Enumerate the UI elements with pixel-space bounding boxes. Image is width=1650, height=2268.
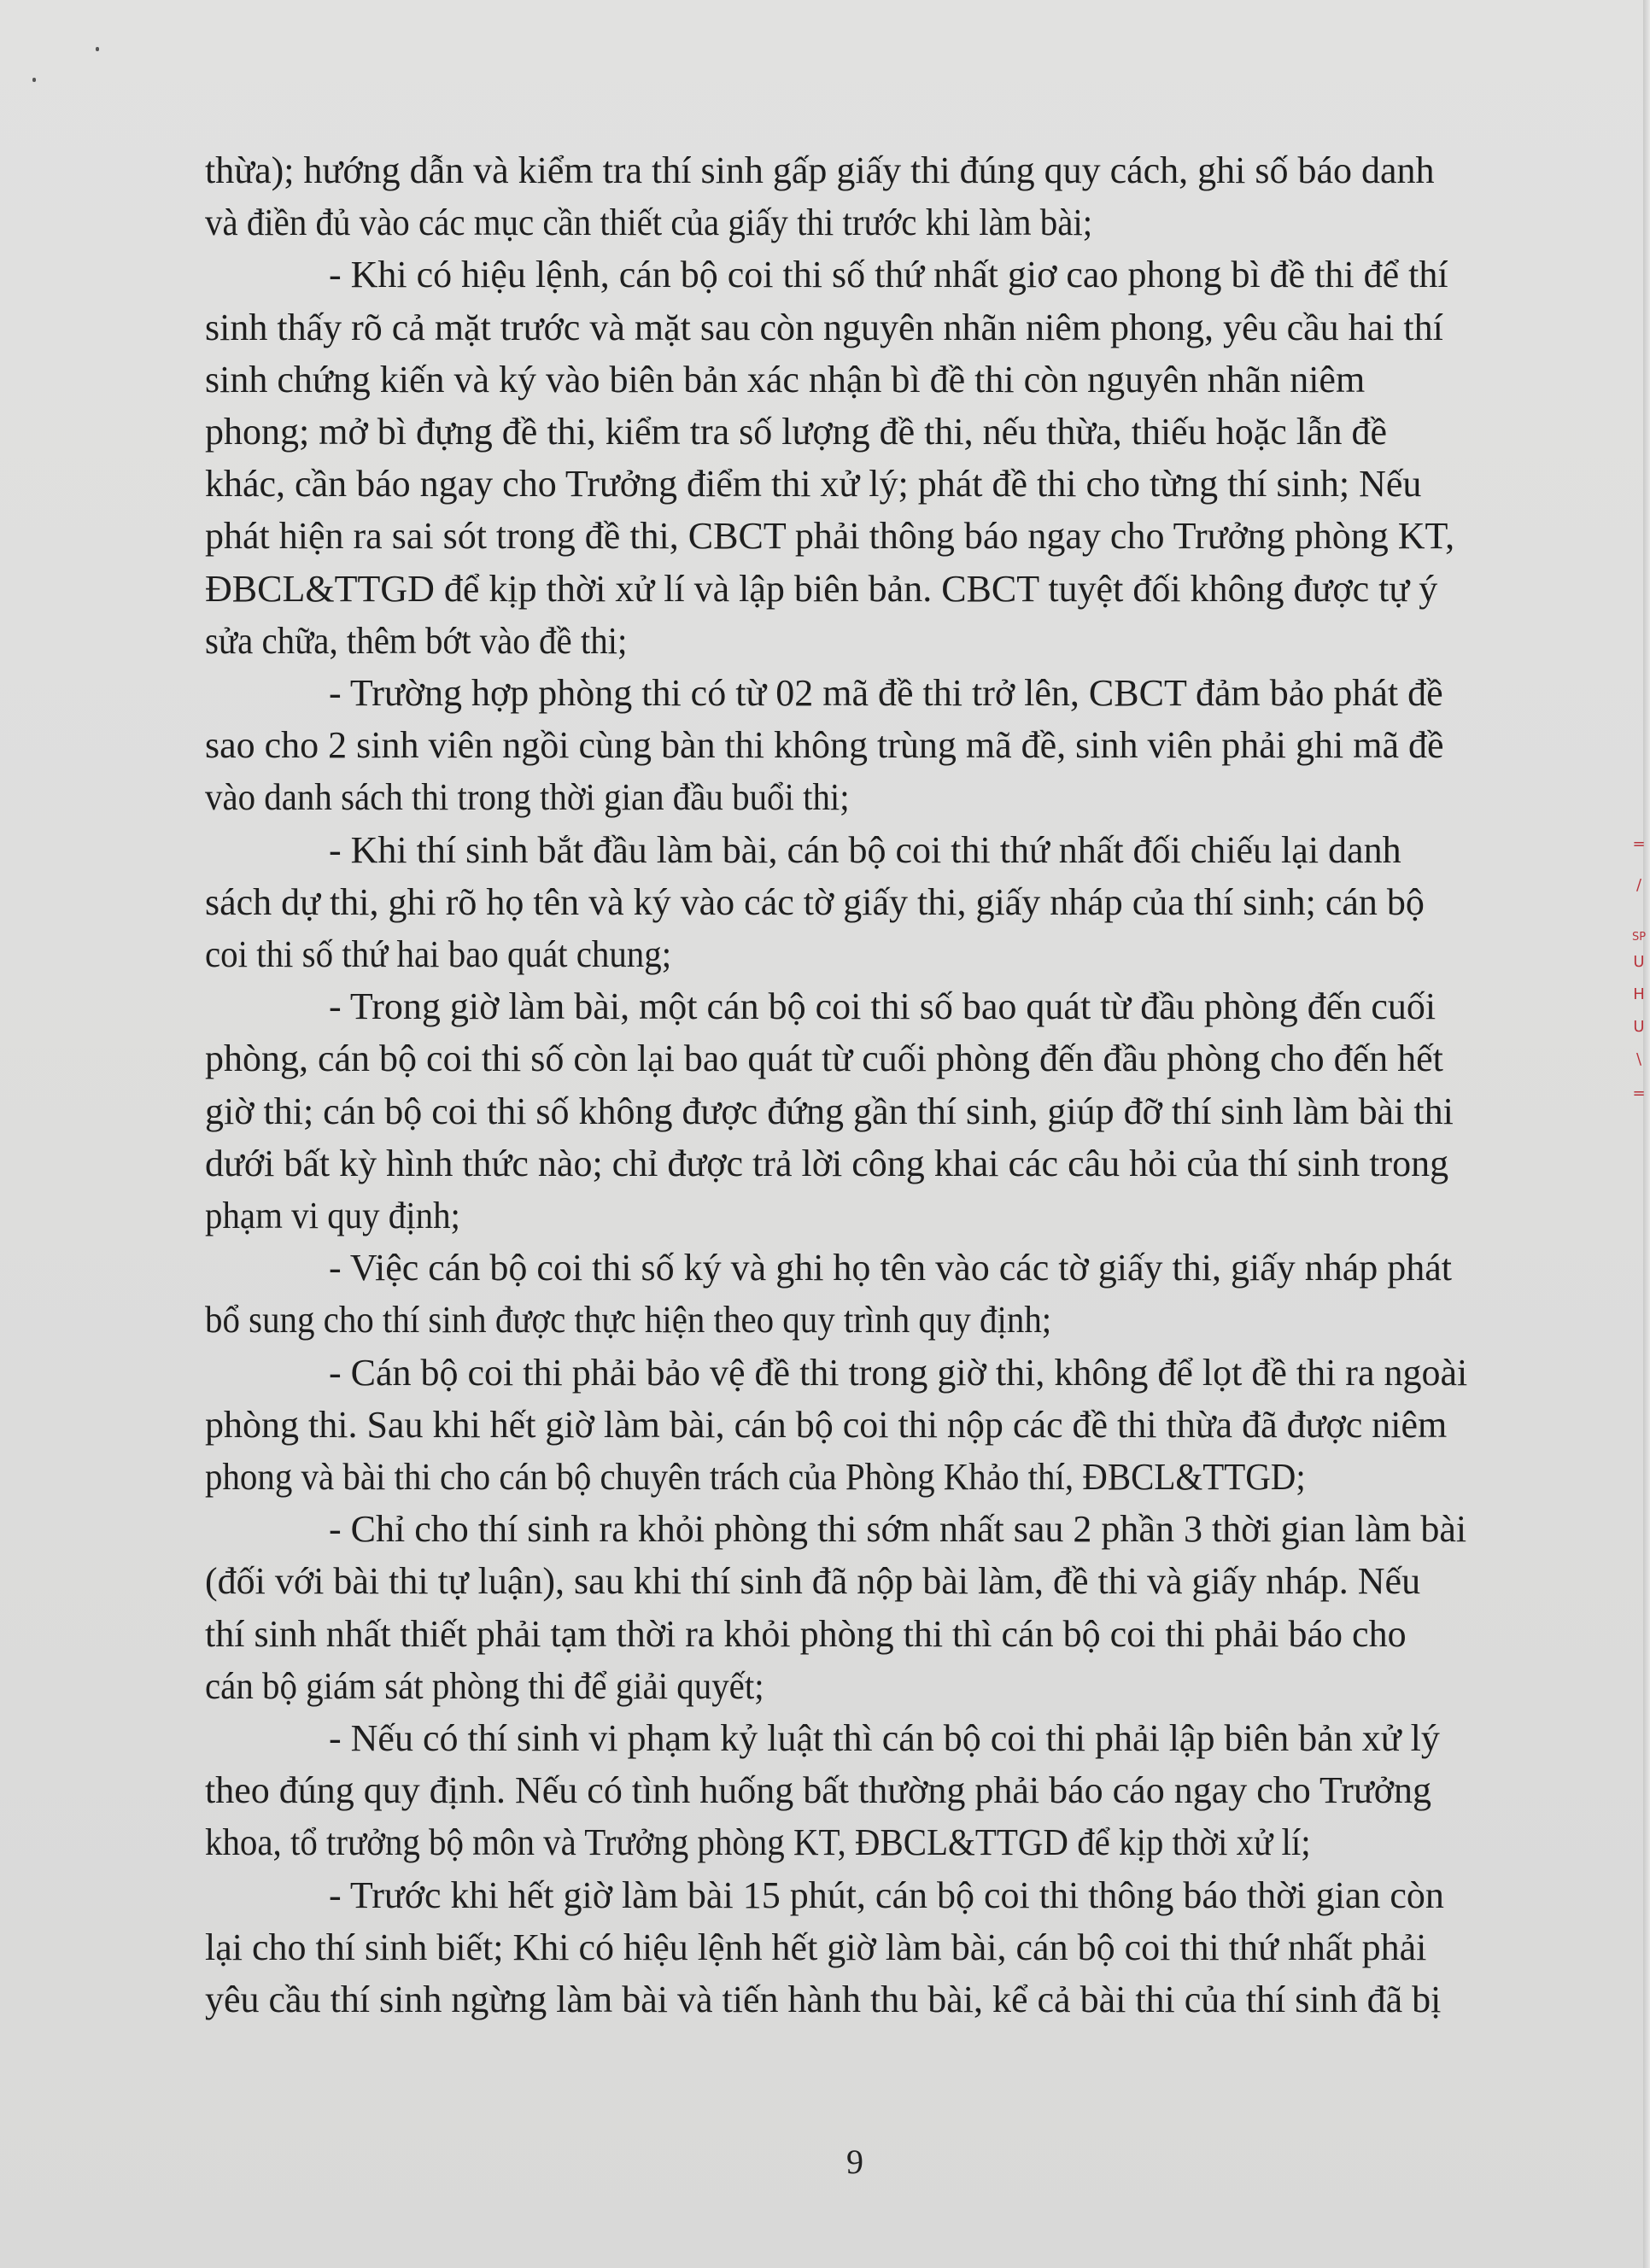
text-line: sinh thấy rõ cả mặt trước và mặt sau còn… [205,302,1516,354]
margin-mark: / [1628,876,1650,894]
text-line: sinh chứng kiến và ký vào biên bản xác n… [205,354,1516,406]
paragraph-first-line: - Trước khi hết giờ làm bài 15 phút, cán… [329,1870,1516,1921]
dust-speck [96,47,99,51]
text-line: phát hiện ra sai sót trong đề thi, CBCT … [205,511,1516,562]
margin-mark: SP [1628,931,1650,944]
paragraph-first-line: - Trong giờ làm bài, một cán bộ coi thi … [329,981,1516,1032]
text-line: sao cho 2 sinh viên ngồi cùng bàn thi kh… [205,720,1516,771]
text-line: coi thi số thứ hai bao quát chung; [205,929,671,980]
text-line: sách dự thi, ghi rõ họ tên và ký vào các… [205,877,1516,928]
text-line: sửa chữa, thêm bớt vào đề thi; [205,616,627,667]
paragraph-first-line: - Nếu có thí sinh vi phạm kỷ luật thì cá… [329,1713,1516,1764]
text-line: và điền đủ vào các mục cần thiết của giấ… [205,197,1092,248]
text-line: phòng thi. Sau khi hết giờ làm bài, cán … [205,1400,1516,1451]
dust-speck [32,78,36,82]
text-line: (đối với bài thi tự luận), sau khi thí s… [205,1556,1516,1607]
text-line: khoa, tổ trưởng bộ môn và Trưởng phòng K… [205,1817,1311,1868]
text-line: ĐBCL&TTGD để kịp thời xử lí và lập biên … [205,564,1516,615]
text-line: theo đúng quy định. Nếu có tình huống bấ… [205,1765,1516,1816]
text-line: cán bộ giám sát phòng thi để giải quyết; [205,1661,764,1712]
text-line: lại cho thí sinh biết; Khi có hiệu lệnh … [205,1922,1516,1973]
paragraph-first-line: - Cán bộ coi thi phải bảo vệ đề thi tron… [329,1347,1516,1399]
page-number: 9 [842,2142,868,2182]
text-line: thí sinh nhất thiết phải tạm thời ra khỏ… [205,1609,1516,1660]
text-line: khác, cần báo ngay cho Trưởng điểm thi x… [205,459,1516,510]
text-line: vào danh sách thi trong thời gian đầu bu… [205,772,850,823]
margin-mark: U [1628,953,1650,971]
text-line: thừa); hướng dẫn và kiểm tra thí sinh gấ… [205,145,1516,196]
scanned-page: thừa); hướng dẫn và kiểm tra thí sinh gấ… [0,0,1650,2268]
margin-mark: = [1628,1084,1650,1102]
text-line: yêu cầu thí sinh ngừng làm bài và tiến h… [205,1974,1516,2025]
text-line: bổ sung cho thí sinh được thực hiện theo… [205,1295,1051,1346]
text-line: phòng, cán bộ coi thi số còn lại bao quá… [205,1033,1516,1084]
margin-mark: = [1628,835,1650,853]
margin-mark: U [1628,1018,1650,1036]
text-line: phạm vi quy định; [205,1190,460,1242]
paragraph-first-line: - Chỉ cho thí sinh ra khỏi phòng thi sớm… [329,1504,1516,1555]
paragraph-first-line: - Việc cán bộ coi thi số ký và ghi họ tê… [329,1242,1516,1294]
margin-mark: H [1628,985,1650,1003]
text-line: giờ thi; cán bộ coi thi số không được đứ… [205,1086,1516,1137]
handwritten-margin-marks: = / SP U H U \ = [1628,794,1650,1102]
text-line: phong; mở bì đựng đề thi, kiểm tra số lư… [205,406,1516,458]
text-line: dưới bất kỳ hình thức nào; chỉ được trả … [205,1138,1516,1190]
paragraph-first-line: - Trường hợp phòng thi có từ 02 mã đề th… [329,668,1516,719]
text-line: phong và bài thi cho cán bộ chuyên trách… [205,1452,1306,1503]
margin-mark: \ [1628,1050,1650,1068]
page-edge [1643,0,1650,2268]
paragraph-first-line: - Khi thí sinh bắt đầu làm bài, cán bộ c… [329,825,1516,876]
paragraph-first-line: - Khi có hiệu lệnh, cán bộ coi thi số th… [329,249,1516,301]
